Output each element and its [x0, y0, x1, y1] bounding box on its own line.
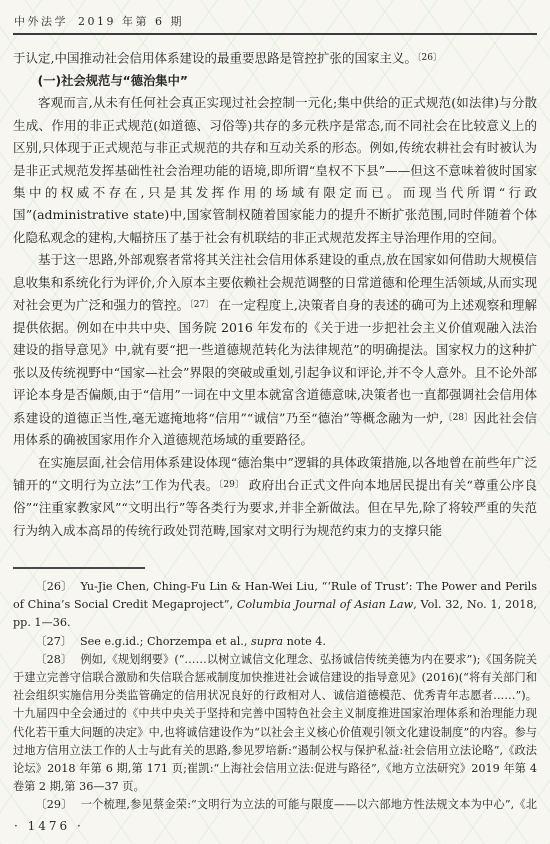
body-paragraph-4: 在实施层面,社会信用体系建设体现“德治集中”逻辑的具体政策措施,以各地曾在前些年… — [13, 452, 537, 542]
header-rule — [13, 33, 537, 35]
footnote-29: 〔29〕一个梳理,参见蔡金荣:“文明行为立法的可能与限度——以六部地方性法规文本… — [13, 796, 537, 810]
paragraph-text: 在一定程度上,决策者自身的表述的确可为上述观察和理解提供依据。例如在中共中央、国… — [13, 297, 537, 425]
footnote-ref-27: 〔27〕 — [189, 300, 214, 310]
page-number: · 1476 · — [14, 819, 84, 833]
footnote-journal-title: Columbia Journal of Asian Law — [237, 598, 413, 611]
footnote-27: 〔27〕See e.g.id.; Chorzempa et al., supra… — [13, 633, 537, 651]
footnote-26: 〔26〕Yu-Jie Chen, Ching-Fu Lin & Han-Wei … — [13, 578, 537, 633]
footnote-28: 〔28〕例如,《规划纲要》(“……以树立诚信文化理念、弘扬诚信传统美德为内在要求… — [13, 651, 537, 797]
body-paragraph-1: 于认定,中国推动社会信用体系建设的最重要思路是管控扩张的国家主义。〔26〕 — [13, 47, 537, 70]
section-heading: (一)社会规范与“德治集中” — [13, 70, 537, 92]
footnote-label: 〔27〕 — [35, 635, 80, 648]
body-paragraph-2: 客观而言,从未有任何社会真正实现过社会控制一元化;集中供给的正式规范(如法律)与… — [13, 92, 537, 249]
footnote-label: 〔28〕 — [35, 653, 80, 666]
footnote-supra: supra — [251, 635, 283, 648]
journal-name: 中外法学 — [14, 15, 68, 28]
footnote-ref-29: 〔29〕 — [219, 480, 245, 490]
journal-page: 中外法学2019 年第 6 期 于认定,中国推动社会信用体系建设的最重要思路是管… — [0, 0, 550, 844]
footnote-separator-rule — [13, 567, 145, 569]
footnote-text: note 4. — [283, 635, 326, 648]
issue-number: 2019 年第 6 期 — [78, 15, 184, 28]
footnote-label: 〔29〕 — [35, 798, 80, 810]
footnote-ref-28: 〔28〕 — [443, 413, 473, 423]
footnotes-section: 〔26〕Yu-Jie Chen, Ching-Fu Lin & Han-Wei … — [13, 578, 537, 810]
footnote-ref-26: 〔26〕 — [417, 53, 442, 63]
footnote-text: 例如,《规划纲要》(“……以树立诚信文化理念、弘扬诚信传统美德为内在要求”);《… — [13, 653, 537, 793]
paragraph-text: 于认定,中国推动社会信用体系建设的最重要思路是管控扩张的国家主义。 — [13, 51, 417, 66]
footnote-label: 〔26〕 — [35, 580, 80, 593]
footnote-text: See e.g.id.; Chorzempa et al., — [80, 635, 251, 648]
body-paragraph-3: 基于这一思路,外部观察者常将其关注社会信用体系建设的重点,放在国家如何借助大规模… — [13, 249, 537, 452]
article-body: 于认定,中国推动社会信用体系建设的最重要思路是管控扩张的国家主义。〔26〕 (一… — [13, 47, 537, 542]
running-header: 中外法学2019 年第 6 期 — [14, 13, 536, 29]
footnote-text: 一个梳理,参见蔡金荣:“文明行为立法的可能与限度——以六部地方性法规文本为中心”… — [13, 798, 537, 810]
